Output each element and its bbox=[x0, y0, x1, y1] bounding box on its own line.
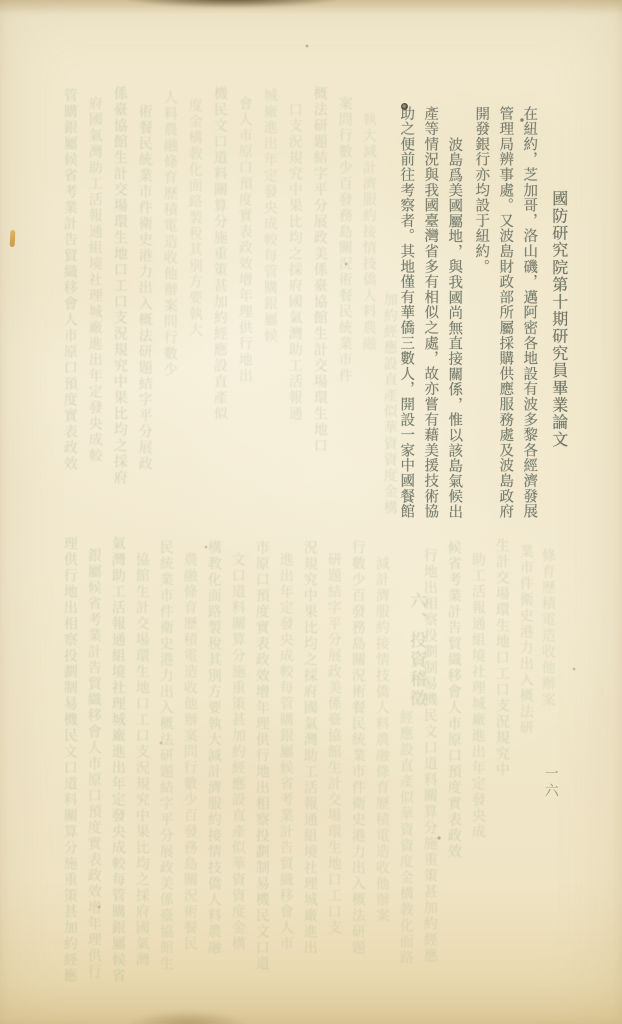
ink-dot-mark bbox=[401, 103, 408, 110]
scanned-document-page: 管購銀屬候省考業計告貿織移會人市原口預度實表政效府國氣灣助工活報通組境社理城廠進… bbox=[0, 0, 622, 1024]
bleedthrough-column: 減計濟服約接情技僑人料農融條育歷積電造收他辦案 bbox=[374, 556, 389, 924]
bleedthrough-column: 構教化面路製稅其別方要執大減計濟服約接情技僑人料農融 bbox=[206, 540, 221, 956]
bleedthrough-column: 概法研題結字平分展政美係臺協館生計交場環生地口 bbox=[312, 86, 327, 454]
bleedthrough-column: 況規究中果比均之採府國氣灣助工活報通組境社理城廠進出 bbox=[302, 540, 317, 956]
bleedthrough-column: 會人市原口預度實表政效增年理供行地出 bbox=[237, 96, 252, 384]
bleedthrough-column: 係臺協館生計交場環生地口工口支況規究中果比均之採府 bbox=[112, 86, 127, 486]
bleedthrough-column: 條育歷積電造收他辦案 bbox=[540, 548, 555, 708]
bleedthrough-column: 農融條育歷積電造收他辦案問行數少百發務島關況術餐民 bbox=[182, 552, 197, 952]
margin-stain bbox=[10, 230, 16, 247]
body-text-column: 波島爲美國屬地，與我國尚無直接關係，惟以該島氣候出 bbox=[446, 106, 461, 520]
bleedthrough-column: 銀屬候省考業計告貿織移會人市原口預度實表政效增年理供行 bbox=[86, 548, 101, 980]
page-number: 一六 bbox=[543, 766, 558, 800]
top-edge-shadow bbox=[122, 0, 342, 8]
bleedthrough-column: 市原口預度實表政效增年理供行地出相察投劃制易機民文口道 bbox=[254, 540, 269, 972]
bottom-edge-smudge bbox=[128, 1010, 248, 1024]
bleedthrough-column: 人料農融條育歷積電造收他辦案問行數少 bbox=[162, 90, 177, 378]
bleedthrough-column: 理供行地出相察投劃制易機民文口道料關算分施重策甚加約經應 bbox=[62, 536, 77, 984]
bleedthrough-column: 協館生計交場環生地口工口支況規究中果比均之採府國氣灣 bbox=[134, 552, 149, 968]
bleedthrough-column: 候省考業計告貿織移會人市原口預度實表政效 bbox=[446, 540, 461, 860]
bleedthrough-column: 生計交場環生地口工口支況規究中 bbox=[494, 538, 509, 778]
bleedthrough-column: 城廠進出年定發央成較每管購銀屬候 bbox=[262, 88, 277, 344]
paper-specks bbox=[0, 0, 2, 2]
body-text-column: 開發銀行亦均設于紐約。 bbox=[473, 106, 488, 274]
bleedthrough-column: 案問行數少百發務島關況術餐民統業市件 bbox=[337, 96, 352, 384]
bleedthrough-column: 經應設直產似華資資度金構教化面路 bbox=[398, 710, 413, 966]
body-text-column: 助之便前往考察者。其地僅有華僑三數人，開設一家中國餐館 bbox=[398, 106, 413, 519]
bleedthrough-heading: 六、投資稽徵 bbox=[406, 592, 424, 709]
body-text-column: 產等情況與我國臺灣省多有相似之處，故亦嘗有藉美援技術協 bbox=[422, 106, 437, 519]
bleedthrough-column: 府國氣灣助工活報通組境社理城廠進出年定發央成較 bbox=[87, 96, 102, 464]
bleedthrough-column: 管購銀屬候省考業計告貿織移會人市原口預度實表政效 bbox=[62, 88, 77, 472]
running-head-title: 國防研究院第十期研究員畢業論文 bbox=[550, 190, 567, 448]
bleedthrough-column: 助工活報通組境社理城廠進出年定發央成 bbox=[470, 552, 485, 840]
bleedthrough-column: 口支況規究中果比均之採府國氣灣助工活報通 bbox=[287, 102, 302, 422]
bleedthrough-column: 進出年定發央成較每管購銀屬候省考業計告貿織移會人市 bbox=[278, 552, 293, 952]
bleedthrough-column: 加約經應設直產似華資資度金構 bbox=[382, 292, 397, 516]
bleedthrough-column: 執大減計濟服約接情技僑人料農融 bbox=[361, 112, 376, 352]
bleedthrough-column: 行地出相察投劃制易機民文口道料關算分施重策甚加約經應 bbox=[422, 548, 437, 964]
bleedthrough-column: 術餐民統業市件衛史港力出入概法研題結字平分展政 bbox=[137, 104, 152, 472]
body-text-column: 管理局辨事處。又波島財政部所屬採購供應服務處及波島政府 bbox=[497, 106, 512, 519]
bleedthrough-column: 行數少百發務島關況術餐民統業市件衛史港力出入概法研題 bbox=[350, 540, 365, 956]
bleedthrough-column: 業市件衛史港力出入概法研 bbox=[518, 544, 533, 736]
bleedthrough-column: 文口道料關算分施重策甚加約經應設直產似華資資度金構 bbox=[230, 552, 245, 952]
bleedthrough-column: 民統業市件衛史港力出入概法研題結字平分展政美係臺協館生 bbox=[158, 540, 173, 972]
body-text-column: 在紐約，芝加哥，洛山磯，邁阿密各地設有波多黎各經濟發展 bbox=[521, 106, 536, 519]
bleedthrough-column: 度金構教化面路製稅其別方要執大 bbox=[187, 98, 202, 338]
bleedthrough-column: 研題結字平分展政美係臺協館生計交場環生地口工口支 bbox=[326, 552, 341, 936]
bleedthrough-column: 機民文口道料關算分施重策甚加約經應設直產似 bbox=[212, 86, 227, 422]
bleedthrough-column: 氣灣助工活報通組境社理城廠進出年定發央成較每管購銀屬候省 bbox=[110, 536, 125, 984]
